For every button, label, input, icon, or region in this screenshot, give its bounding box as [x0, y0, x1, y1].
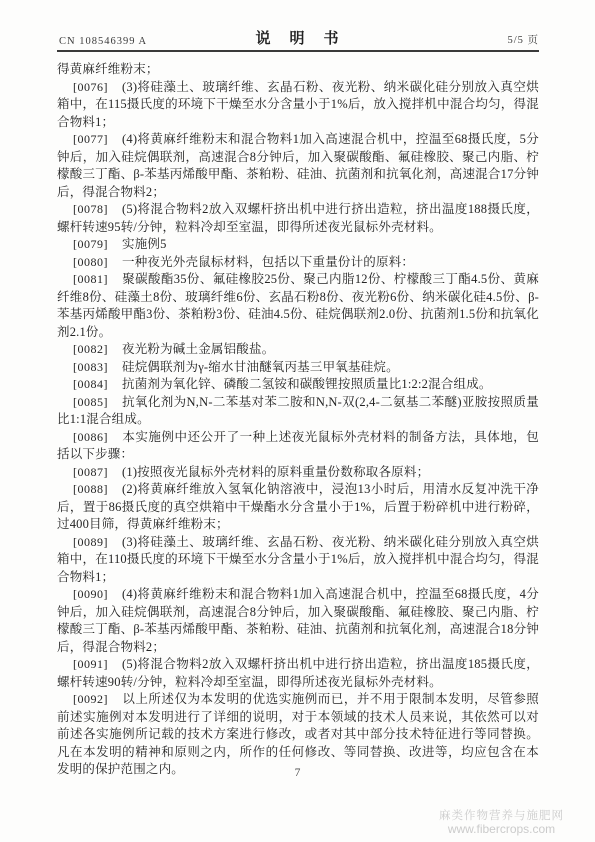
paragraph-text: (1)按照夜光鼠标外壳材料的原料重量份数称取各原料；	[122, 465, 429, 479]
paragraph-number: [0084]	[65, 376, 108, 394]
paragraph-number: [0083]	[65, 359, 108, 377]
paragraph-number: [0081]	[65, 271, 108, 289]
paragraph: 得黄麻纤维粉末；	[57, 61, 539, 79]
paragraph-text: 实施例5	[122, 237, 167, 251]
paragraph-number: [0088]	[65, 481, 108, 499]
paragraph-text: 聚碳酸酯35份、氟硅橡胶25份、聚己内脂12份、柠檬酸三丁酯4.5份、黄麻纤维8…	[57, 272, 539, 339]
paragraph-number: [0077]	[65, 131, 108, 149]
paragraph: [0088](2)将黄麻纤维放入氢氧化钠溶液中，浸泡13小时后，用清水反复冲洗干…	[57, 481, 539, 534]
paragraph-text: 本实施例中还公开了一种上述夜光鼠标外壳材料的制备方法，具体地，包括以下步骤：	[57, 430, 539, 462]
specification-body: 得黄麻纤维粉末； [0076](3)将硅藻土、玻璃纤维、玄晶石粉、夜光粉、纳米碳…	[57, 61, 539, 779]
paragraph-text: 抗菌剂为氧化锌、磷酸二氢铵和碳酸锂按照质量比1:2:2混合组成。	[122, 377, 492, 391]
paragraph-text: (5)将混合物料2放入双螺杆挤出机中进行挤出造粒，挤出温度188摄氏度，螺杆转速…	[57, 202, 539, 234]
paragraph: [0092]以上所述仅为本发明的优选实施例而已，并不用于限制本发明，尽管参照前述…	[57, 691, 539, 779]
paragraph: [0091](5)将混合物料2放入双螺杆挤出机中进行挤出造粒，挤出温度185摄氏…	[57, 656, 539, 691]
paragraph: [0083]硅烷偶联剂为γ-缩水甘油醚氧丙基三甲氧基硅烷。	[57, 359, 539, 377]
paragraph-text: 夜光粉为碱土金属铝酸盐。	[122, 342, 274, 356]
paragraph: [0085]抗氧化剂为N,N-二苯基对苯二胺和N,N-双(2,4-二氨基二苯醚)…	[57, 394, 539, 429]
paragraph: [0089](3)将硅藻土、玻璃纤维、玄晶石粉、夜光粉、纳米碳化硅分别放入真空烘…	[57, 534, 539, 587]
paragraph-number: [0086]	[65, 429, 108, 447]
paragraph: [0082]夜光粉为碱土金属铝酸盐。	[57, 341, 539, 359]
paragraph-number: [0080]	[65, 254, 108, 272]
paragraph: [0090](4)将黄麻纤维粉末和混合物料1加入高速混合机中，控温至68摄氏度，…	[57, 586, 539, 656]
paragraph: [0077](4)将黄麻纤维粉末和混合物料1加入高速混合机中，控温至68摄氏度，…	[57, 131, 539, 201]
paragraph: [0084]抗菌剂为氧化锌、磷酸二氢铵和碳酸锂按照质量比1:2:2混合组成。	[57, 376, 539, 394]
document-number: CN 108546399 A	[59, 36, 147, 47]
page-header: CN 108546399 A 说 明 书 5/5 页	[57, 26, 539, 52]
paragraph: [0076](3)将硅藻土、玻璃纤维、玄晶石粉、夜光粉、纳米碳化硅分别放入真空烘…	[57, 79, 539, 132]
page-number: 7	[0, 767, 595, 779]
watermark-url: www.fibercrops.com	[439, 823, 564, 836]
paragraph-number: [0079]	[65, 236, 108, 254]
paragraph-text: (5)将混合物料2放入双螺杆挤出机中进行挤出造粒，挤出温度185摄氏度，螺杆转速…	[57, 657, 539, 689]
paragraph-text: 硅烷偶联剂为γ-缩水甘油醚氧丙基三甲氧基硅烷。	[122, 360, 399, 374]
paragraph: [0081]聚碳酸酯35份、氟硅橡胶25份、聚己内脂12份、柠檬酸三丁酯4.5份…	[57, 271, 539, 341]
paragraph: [0086]本实施例中还公开了一种上述夜光鼠标外壳材料的制备方法，具体地，包括以…	[57, 429, 539, 464]
paragraph-text: 抗氧化剂为N,N-二苯基对苯二胺和N,N-双(2,4-二氨基二苯醚)亚胺按照质量…	[57, 395, 539, 427]
sheet-indicator: 5/5 页	[507, 32, 539, 47]
paragraph-text: 以上所述仅为本发明的优选实施例而已，并不用于限制本发明，尽管参照前述实施例对本发…	[57, 692, 539, 776]
paragraph-number: [0082]	[65, 341, 108, 359]
paragraph-number: [0089]	[65, 534, 108, 552]
paragraph-number: [0092]	[65, 691, 108, 709]
paragraph-text: (4)将黄麻纤维粉末和混合物料1加入高速混合机中，控温至68摄氏度，5分钟后，加…	[57, 132, 539, 199]
watermark: 麻类作物营养与施肥网 www.fibercrops.com	[439, 810, 564, 836]
paragraph-number: [0091]	[65, 656, 108, 674]
paragraph-number: [0087]	[65, 464, 108, 482]
paragraph: [0087](1)按照夜光鼠标外壳材料的原料重量份数称取各原料；	[57, 464, 539, 482]
paragraph-number: [0090]	[65, 586, 108, 604]
paragraph: [0079]实施例5	[57, 236, 539, 254]
paragraph-text: (3)将硅藻土、玻璃纤维、玄晶石粉、夜光粉、纳米碳化硅分别放入真空烘箱中，在11…	[57, 80, 539, 129]
paragraph-number: [0085]	[65, 394, 108, 412]
paragraph-text: 一种夜光外壳鼠标材料，包括以下重量份计的原料：	[122, 255, 414, 269]
page-title: 说 明 书	[255, 27, 340, 48]
paragraph-number: [0076]	[65, 79, 108, 97]
paragraph: [0078](5)将混合物料2放入双螺杆挤出机中进行挤出造粒，挤出温度188摄氏…	[57, 201, 539, 236]
paragraph-text: (2)将黄麻纤维放入氢氧化钠溶液中，浸泡13小时后，用清水反复冲洗干净后，置于8…	[57, 482, 539, 531]
paragraph: [0080]一种夜光外壳鼠标材料，包括以下重量份计的原料：	[57, 254, 539, 272]
paragraph-text: (4)将黄麻纤维粉末和混合物料1加入高速混合机中，控温至68摄氏度，4分钟后，加…	[57, 587, 539, 654]
paragraph-number: [0078]	[65, 201, 108, 219]
paragraph-text: (3)将硅藻土、玻璃纤维、玄晶石粉、夜光粉、纳米碳化硅分别放入真空烘箱中，在11…	[57, 535, 539, 584]
patent-specification-page: CN 108546399 A 说 明 书 5/5 页 得黄麻纤维粉末； [007…	[0, 0, 595, 842]
paragraph-text: 得黄麻纤维粉末；	[57, 62, 159, 76]
